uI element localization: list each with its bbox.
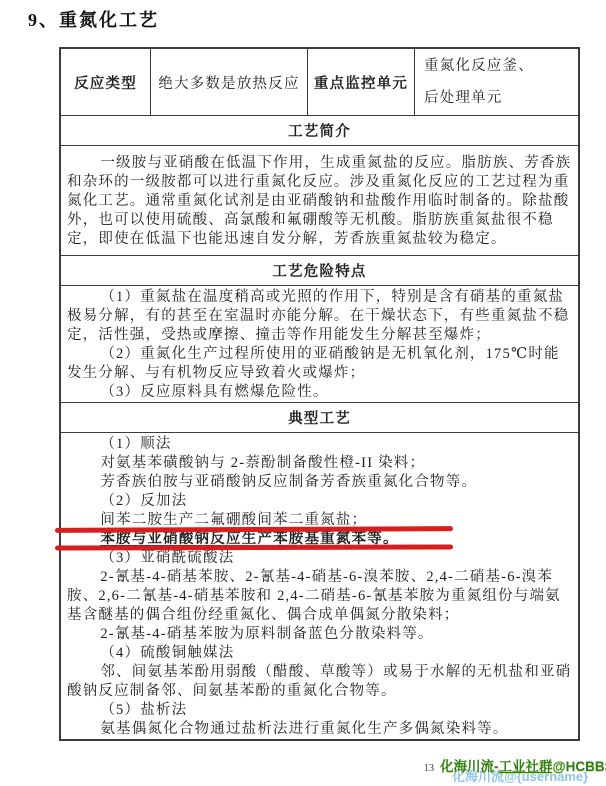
table-row-hazard-body: （1）重氮盐在温度稍高或光照的作用下，特别是含有硝基的重氮盐极易分解，有的甚至在… bbox=[60, 286, 579, 403]
typical-body-cell: （1）顺法 对氨基苯磺酸钠与 2-萘酚制备酸性橙-II 染料； 芳香族伯胺与亚硝… bbox=[60, 433, 579, 741]
typical-item: 氨基偶氮化合物通过盐析法进行重氮化生产多偶氮染料等。 bbox=[67, 720, 572, 739]
reaction-type-label: 反应类型 bbox=[60, 48, 151, 116]
typical-item: （5）盐析法 bbox=[67, 701, 572, 720]
watermark-green-underlined: 工业社群 bbox=[499, 759, 553, 774]
highlighted-typical-item: 苯胺与亚硝酸钠反应生产苯胺基重氮苯等。 bbox=[67, 530, 572, 549]
document-page: 9、重氮化工艺 反应类型 绝大多数是放热反应 重点监控单元 重氮化反应釜、 后处… bbox=[0, 0, 606, 786]
section-title-intro: 工艺简介 bbox=[60, 116, 579, 146]
section-title-hazards: 工艺危险特点 bbox=[60, 256, 579, 286]
page-number: 13 bbox=[424, 763, 434, 774]
section-title-typical: 典型工艺 bbox=[60, 403, 579, 433]
typical-item: （1）顺法 bbox=[67, 435, 572, 454]
table-row-intro-body: 一级胺与亚硝酸在低温下作用，生成重氮盐的反应。脂肪族、芳香族和杂环的一级胺都可以… bbox=[60, 146, 579, 256]
monitor-unit-value-line2: 后处理单元 bbox=[424, 82, 577, 114]
typical-item: （3）亚硝酰硫酸法 bbox=[67, 549, 572, 568]
intro-body-cell: 一级胺与亚硝酸在低温下作用，生成重氮盐的反应。脂肪族、芳香族和杂环的一级胺都可以… bbox=[60, 146, 579, 256]
monitor-unit-value: 重氮化反应釜、 后处理单元 bbox=[415, 48, 580, 116]
typical-item: 邻、间氨基苯酚用弱酸（醋酸、草酸等）或易于水解的无机盐和亚硝酸钠反应制备邻、间氨… bbox=[67, 663, 572, 701]
hazard-item: （1）重氮盐在温度稍高或光照的作用下，特别是含有硝基的重氮盐极易分解，有的甚至在… bbox=[67, 288, 572, 345]
table-row-hazard-title: 工艺危险特点 bbox=[60, 256, 579, 286]
typical-item: 对氨基苯磺酸钠与 2-萘酚制备酸性橙-II 染料； bbox=[67, 454, 572, 473]
watermark-green-text: 化海川流-工业社群@HCBBS bbox=[440, 755, 606, 775]
typical-item: 间苯二胺生产二氟硼酸间苯二重氮盐； bbox=[67, 511, 572, 530]
watermark-green-prefix: 化海川流- bbox=[440, 759, 499, 774]
table-row-header: 反应类型 绝大多数是放热反应 重点监控单元 重氮化反应釜、 后处理单元 bbox=[60, 48, 579, 116]
table-row-intro-title: 工艺简介 bbox=[60, 116, 579, 146]
table-row-typical-title: 典型工艺 bbox=[60, 403, 579, 433]
reaction-type-value: 绝大多数是放热反应 bbox=[151, 48, 308, 116]
typical-item: 2-氰基-4-硝基苯胺为原料制备蓝色分散染料等。 bbox=[67, 625, 572, 644]
typical-item: （2）反加法 bbox=[67, 492, 572, 511]
typical-item: （4）硫酸铜触媒法 bbox=[67, 644, 572, 663]
monitor-unit-label: 重点监控单元 bbox=[308, 48, 415, 116]
table-row-typical-body: （1）顺法 对氨基苯磺酸钠与 2-萘酚制备酸性橙-II 染料； 芳香族伯胺与亚硝… bbox=[60, 433, 579, 741]
typical-item: 2-氰基-4-硝基苯胺、2-氰基-4-硝基-6-溴苯胺、2,4-二硝基-6-溴苯… bbox=[67, 568, 572, 625]
page-title: 9、重氮化工艺 bbox=[28, 6, 159, 32]
typical-item: 芳香族伯胺与亚硝酸钠反应制备芳香族重氮化合物等。 bbox=[67, 473, 572, 492]
process-info-table: 反应类型 绝大多数是放热反应 重点监控单元 重氮化反应釜、 后处理单元 工艺简介… bbox=[59, 47, 580, 741]
monitor-unit-value-line1: 重氮化反应釜、 bbox=[424, 50, 577, 82]
highlighted-text: 苯胺与亚硝酸钠反应生产苯胺基重氮苯等。 bbox=[100, 531, 398, 547]
hazard-body-cell: （1）重氮盐在温度稍高或光照的作用下，特别是含有硝基的重氮盐极易分解，有的甚至在… bbox=[60, 286, 579, 403]
hazard-item: （3）反应原料具有燃爆危险性。 bbox=[67, 383, 572, 402]
hazard-item: （2）重氮化生产过程所使用的亚硝酸钠是无机氧化剂，175℃时能发生分解、与有机物… bbox=[67, 345, 572, 383]
watermark-green-suffix: @HCBBS bbox=[553, 759, 606, 774]
intro-paragraph: 一级胺与亚硝酸在低温下作用，生成重氮盐的反应。脂肪族、芳香族和杂环的一级胺都可以… bbox=[67, 154, 572, 249]
